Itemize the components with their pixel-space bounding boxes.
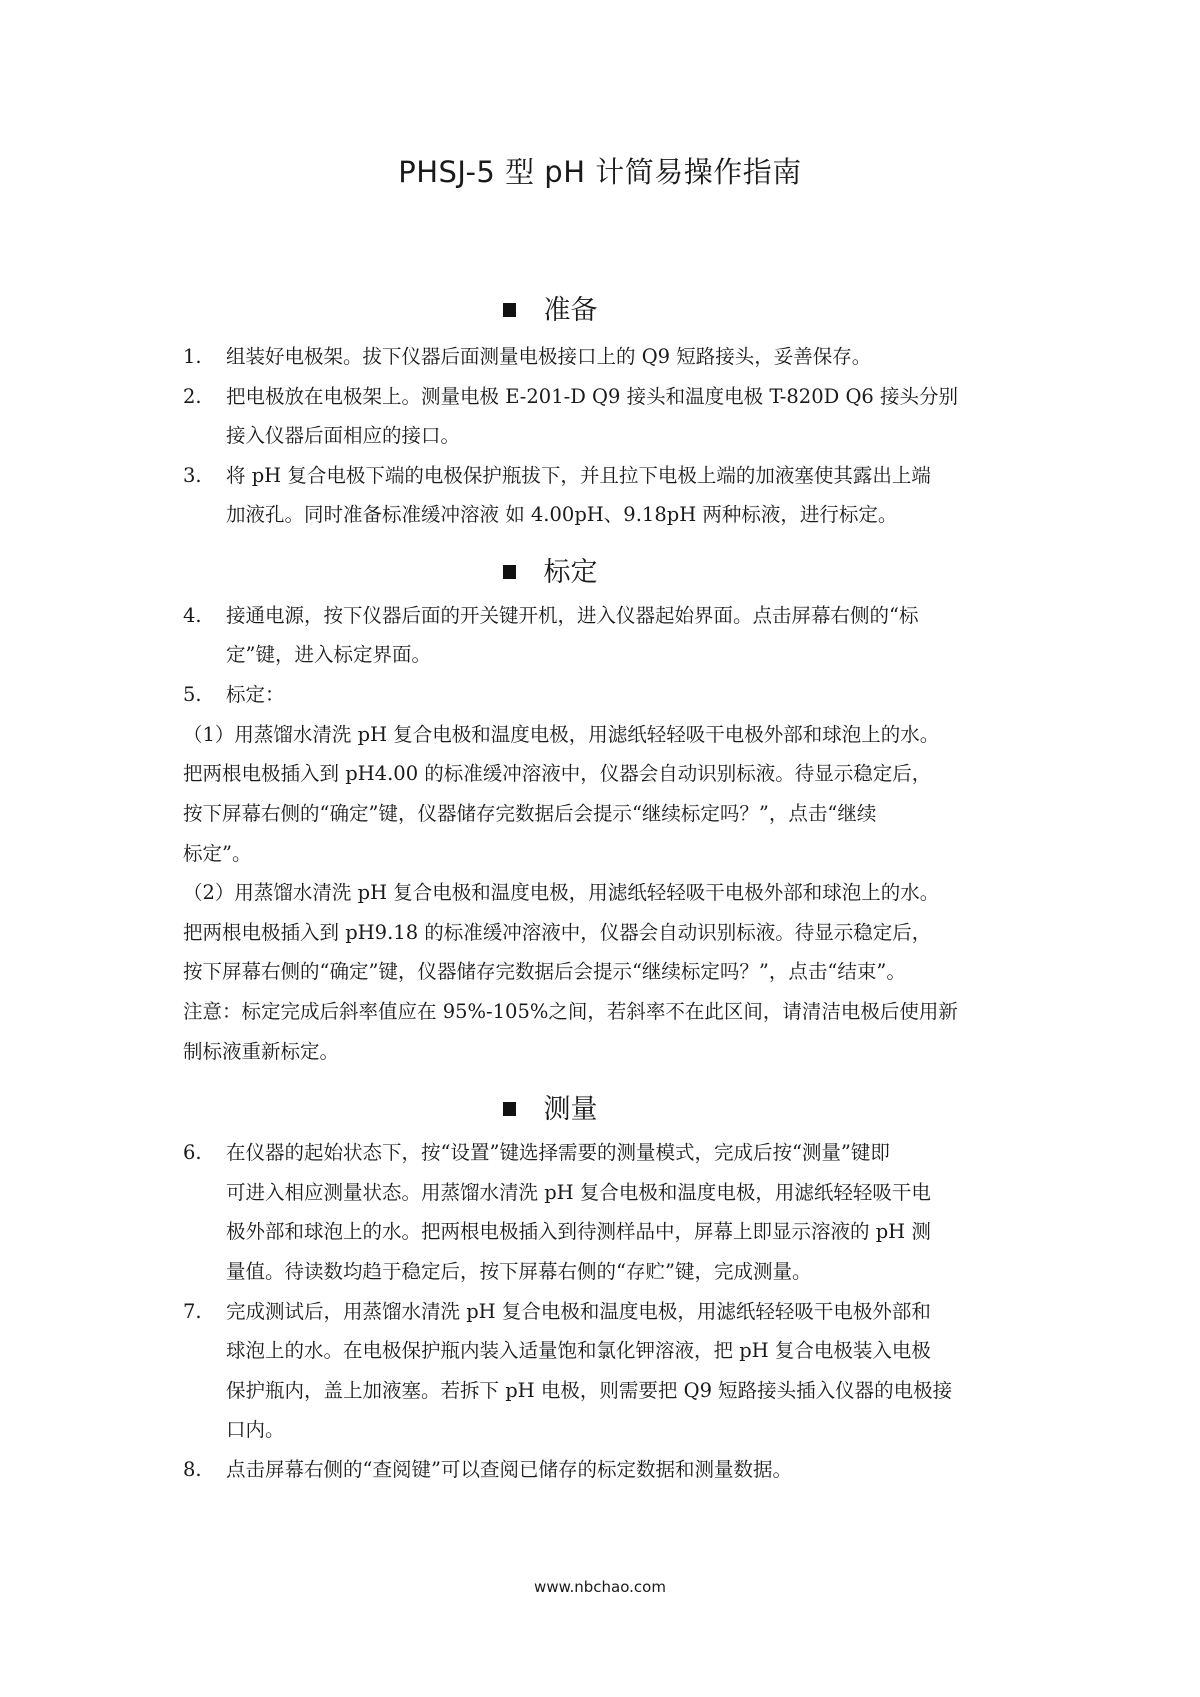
paragraph-line: 注意：标定完成后斜率值应在 95%-105%之间，若斜率不在此区间，请清洁电极后…: [183, 998, 958, 1026]
item-number: 1.: [183, 343, 202, 371]
item-number: 8.: [183, 1456, 202, 1484]
item-text: 将 pH 复合电极下端的电极保护瓶拔下，并且拉下电极上端的加液塞使其露出上端: [226, 462, 931, 490]
item-text: 定”键，进入标定界面。: [226, 641, 431, 669]
item-text: 口内。: [226, 1416, 285, 1444]
section-heading-prepare: 准备: [0, 288, 1100, 327]
page-title: PHSJ-5 型 pH 计简易操作指南: [0, 150, 1200, 191]
item-text: 完成测试后，用蒸馏水清洗 pH 复合电极和温度电极，用滤纸轻轻吸干电极外部和: [226, 1298, 931, 1326]
paragraph-line: 制标液重新标定。: [183, 1038, 339, 1066]
item-text: 接通电源，按下仪器后面的开关键开机，进入仪器起始界面。点击屏幕右侧的“标: [226, 602, 918, 630]
item-text: 点击屏幕右侧的“查阅键”可以查阅已储存的标定数据和测量数据。: [226, 1456, 792, 1484]
item-number: 7.: [183, 1298, 202, 1326]
paragraph-line: 按下屏幕右侧的“确定”键，仪器储存完数据后会提示“继续标定吗？”，点击“继续: [183, 800, 876, 828]
item-number: 2.: [183, 383, 202, 411]
paragraph-line: 把两根电极插入到 pH4.00 的标准缓冲溶液中，仪器会自动识别标液。待显示稳定…: [183, 760, 931, 788]
item-text: 保护瓶内，盖上加液塞。若拆下 pH 电极，则需要把 Q9 短路接头插入仪器的电极…: [226, 1377, 952, 1405]
item-text: 球泡上的水。在电极保护瓶内装入适量饱和氯化钾溶液，把 pH 复合电极装入电极: [226, 1337, 931, 1365]
paragraph-line: （2）用蒸馏水清洗 pH 复合电极和温度电极，用滤纸轻轻吸干电极外部和球泡上的水…: [183, 879, 939, 907]
section-heading-calibration: 标定: [0, 550, 1100, 589]
item-text: 接入仪器后面相应的接口。: [226, 422, 460, 450]
item-number: 3.: [183, 462, 202, 490]
paragraph-line: 把两根电极插入到 pH9.18 的标准缓冲溶液中，仪器会自动识别标液。待显示稳定…: [183, 919, 931, 947]
item-text: 在仪器的起始状态下，按“设置”键选择需要的测量模式，完成后按“测量”键即: [226, 1139, 890, 1167]
section-heading-measurement: 测量: [0, 1087, 1100, 1126]
item-text: 可进入相应测量状态。用蒸馏水清洗 pH 复合电极和温度电极，用滤纸轻轻吸干电: [226, 1179, 931, 1207]
square-bullet-icon: [503, 1102, 516, 1116]
paragraph-line: 按下屏幕右侧的“确定”键，仪器储存完数据后会提示“继续标定吗？”，点击“结束”。: [183, 958, 906, 986]
item-text: 加液孔。同时准备标准缓冲溶液 如 4.00pH、9.18pH 两种标液，进行标定…: [226, 501, 897, 529]
item-text: 量值。待读数均趋于稳定后，按下屏幕右侧的“存贮”键，完成测量。: [226, 1258, 811, 1286]
item-number: 4.: [183, 602, 202, 630]
item-text: 把电极放在电极架上。测量电极 E-201-D Q9 接头和温度电极 T-820D…: [226, 383, 958, 411]
square-bullet-icon: [503, 303, 516, 317]
paragraph-line: （1）用蒸馏水清洗 pH 复合电极和温度电极，用滤纸轻轻吸干电极外部和球泡上的水…: [183, 721, 939, 749]
item-text: 标定：: [226, 681, 285, 709]
footer-url: www.nbchao.com: [0, 1578, 1200, 1596]
item-text: 极外部和球泡上的水。把两根电极插入到待测样品中，屏幕上即显示溶液的 pH 测: [226, 1218, 931, 1246]
item-number: 5.: [183, 681, 202, 709]
item-number: 6.: [183, 1139, 202, 1167]
paragraph-line: 标定”。: [183, 840, 251, 868]
item-text: 组装好电极架。拔下仪器后面测量电极接口上的 Q9 短路接头，妥善保存。: [226, 343, 871, 371]
square-bullet-icon: [503, 565, 516, 579]
